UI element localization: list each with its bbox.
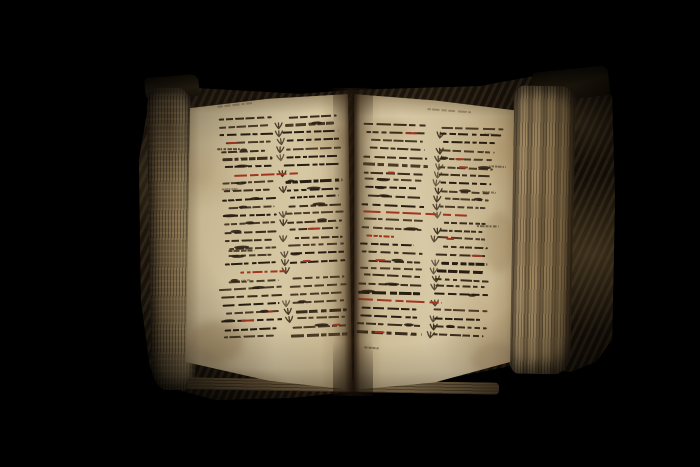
page-text-block — [177, 87, 362, 398]
handwritten-text-line — [286, 211, 344, 216]
rubricated-word — [406, 132, 418, 135]
handwritten-text-line — [363, 162, 428, 167]
collation-mark-icon — [430, 227, 440, 236]
handwritten-text-line — [441, 262, 487, 266]
collation-mark-icon — [436, 123, 446, 132]
collation-mark-icon — [434, 180, 444, 189]
crow-foot-glyph — [278, 219, 287, 227]
handwritten-text-line — [434, 318, 480, 322]
rubric-heading-line — [366, 235, 394, 239]
margin-note-line — [228, 249, 254, 251]
handwritten-text-line — [290, 194, 339, 198]
collation-mark-icon — [429, 316, 438, 324]
collation-mark-icon — [281, 260, 290, 269]
collation-mark-icon — [430, 292, 439, 300]
rubricated-word — [375, 259, 385, 261]
bold-ink-word — [250, 197, 260, 201]
handwritten-text-line — [360, 267, 422, 271]
handwritten-text-line — [289, 259, 346, 264]
rubricated-word — [471, 254, 482, 257]
collation-mark-icon — [426, 323, 436, 332]
handwritten-text-line — [219, 133, 274, 137]
handwritten-text-line — [356, 330, 421, 336]
collation-mark-icon — [429, 307, 439, 316]
handwritten-text-line — [225, 239, 272, 243]
crow-foot-glyph — [284, 315, 294, 324]
bold-ink-word — [291, 252, 301, 256]
handwritten-text-line — [439, 173, 491, 177]
bold-ink-word — [376, 178, 389, 182]
margin-note-line — [489, 165, 506, 167]
rubricated-word — [459, 166, 468, 169]
collation-mark-icon — [432, 171, 442, 180]
handwritten-text-line — [441, 181, 492, 185]
collation-mark-icon — [435, 140, 444, 149]
handwritten-text-line — [286, 138, 339, 142]
collation-mark-icon — [433, 148, 442, 156]
handwritten-text-line — [284, 163, 340, 167]
handwritten-text-line — [439, 229, 482, 233]
handwritten-text-line — [221, 294, 282, 299]
collation-mark-icon — [278, 163, 287, 171]
handwritten-text-line — [437, 269, 484, 273]
handwritten-text-line — [219, 117, 272, 122]
photograph-stage: Open antique handwritten Arabic manuscri… — [0, 0, 700, 467]
bold-ink-word — [235, 165, 248, 169]
crow-foot-glyph — [278, 235, 287, 243]
collation-mark-icon — [274, 114, 283, 122]
bold-ink-word — [223, 214, 238, 218]
handwritten-text-line — [363, 155, 427, 159]
handwritten-text-line — [365, 178, 422, 182]
handwritten-text-line — [288, 243, 344, 248]
bold-ink-word — [224, 319, 236, 323]
handwritten-text-line — [287, 155, 338, 159]
handwritten-text-line — [368, 195, 423, 200]
handwritten-text-line — [224, 335, 274, 339]
rubric-heading-line — [240, 270, 286, 274]
collation-mark-icon — [431, 252, 440, 260]
rubricated-word — [242, 319, 255, 322]
crow-foot-glyph — [276, 153, 286, 162]
collation-mark-icon — [283, 308, 293, 317]
handwritten-text-line — [219, 286, 282, 292]
handwritten-text-line — [360, 243, 414, 247]
handwritten-text-line — [225, 262, 276, 266]
collation-mark-icon — [276, 139, 285, 147]
collation-mark-icon — [433, 220, 442, 228]
bold-ink-word — [231, 254, 244, 258]
rubricated-word — [227, 142, 237, 145]
handwritten-text-line — [364, 274, 422, 279]
handwritten-text-line — [364, 123, 429, 127]
margin-note-line — [364, 346, 379, 349]
collation-mark-icon — [429, 260, 438, 268]
collation-mark-icon — [277, 179, 287, 188]
right-page — [352, 92, 518, 396]
handwritten-text-line — [439, 150, 494, 154]
rubricated-word — [456, 158, 465, 160]
handwritten-text-line — [433, 309, 487, 313]
collation-mark-icon — [433, 187, 443, 196]
margin-note-line — [477, 225, 499, 227]
bold-ink-word — [239, 205, 249, 209]
collation-mark-icon — [431, 267, 441, 276]
bold-ink-word — [375, 186, 385, 190]
handwritten-text-line — [440, 205, 486, 209]
collation-mark-icon — [277, 203, 287, 212]
collation-mark-icon — [431, 196, 440, 205]
bold-ink-word — [252, 286, 265, 290]
collation-mark-icon — [278, 212, 287, 220]
handwritten-text-line — [222, 181, 273, 185]
collation-mark-icon — [275, 146, 285, 155]
handwritten-text-line — [442, 127, 504, 131]
handwritten-text-line — [292, 275, 344, 279]
handwritten-text-line — [287, 219, 342, 224]
handwritten-text-line — [360, 315, 417, 320]
right-page-stack-edge — [508, 85, 576, 374]
rubric-heading-line — [234, 172, 298, 177]
bold-ink-word — [468, 293, 476, 297]
handwritten-text-line — [222, 157, 272, 161]
handwritten-text-line — [433, 334, 484, 338]
rubricated-word — [308, 227, 321, 230]
handwritten-text-line — [433, 325, 487, 329]
handwritten-text-line — [288, 114, 336, 118]
handwritten-text-line — [291, 332, 350, 337]
rubricated-word — [388, 171, 395, 173]
handwritten-text-line — [435, 278, 489, 283]
collation-mark-icon — [429, 276, 438, 284]
handwritten-text-line — [222, 302, 279, 307]
handwritten-text-line — [287, 147, 342, 151]
handwritten-text-line — [296, 308, 347, 313]
bold-ink-word — [259, 310, 268, 314]
handwritten-text-line — [361, 306, 416, 310]
crow-foot-glyph — [435, 130, 445, 139]
left-page — [183, 92, 355, 396]
rubric-heading-line — [363, 210, 467, 217]
handwritten-text-line — [370, 146, 425, 151]
handwritten-text-line — [434, 293, 488, 297]
manuscript-book — [137, 72, 617, 404]
handwritten-text-line — [371, 139, 423, 143]
page-text-block — [346, 90, 524, 400]
handwritten-text-line — [228, 205, 274, 209]
handwritten-text-line — [297, 316, 345, 319]
handwritten-text-line — [295, 235, 343, 238]
collation-mark-icon — [278, 228, 287, 236]
handwritten-text-line — [443, 246, 488, 250]
handwritten-text-line — [365, 186, 417, 190]
handwritten-text-line — [364, 218, 423, 222]
margin-note-line — [217, 148, 240, 150]
handwritten-text-line — [437, 236, 486, 241]
header-note-line — [427, 108, 471, 113]
handwritten-text-line — [442, 141, 494, 145]
bold-ink-word — [236, 181, 248, 185]
handwritten-text-line — [290, 292, 342, 297]
rubricated-word — [446, 237, 454, 240]
handwritten-text-line — [219, 124, 270, 129]
handwritten-text-line — [283, 130, 339, 134]
handwritten-text-line — [436, 285, 486, 289]
handwritten-text-line — [362, 250, 423, 255]
handwritten-text-line — [290, 283, 348, 288]
handwritten-text-line — [224, 327, 276, 332]
collation-mark-icon — [432, 204, 441, 212]
bold-ink-word — [298, 300, 307, 304]
handwritten-text-line — [285, 121, 334, 126]
handwritten-text-line — [361, 203, 426, 208]
rubricated-word — [374, 331, 384, 334]
